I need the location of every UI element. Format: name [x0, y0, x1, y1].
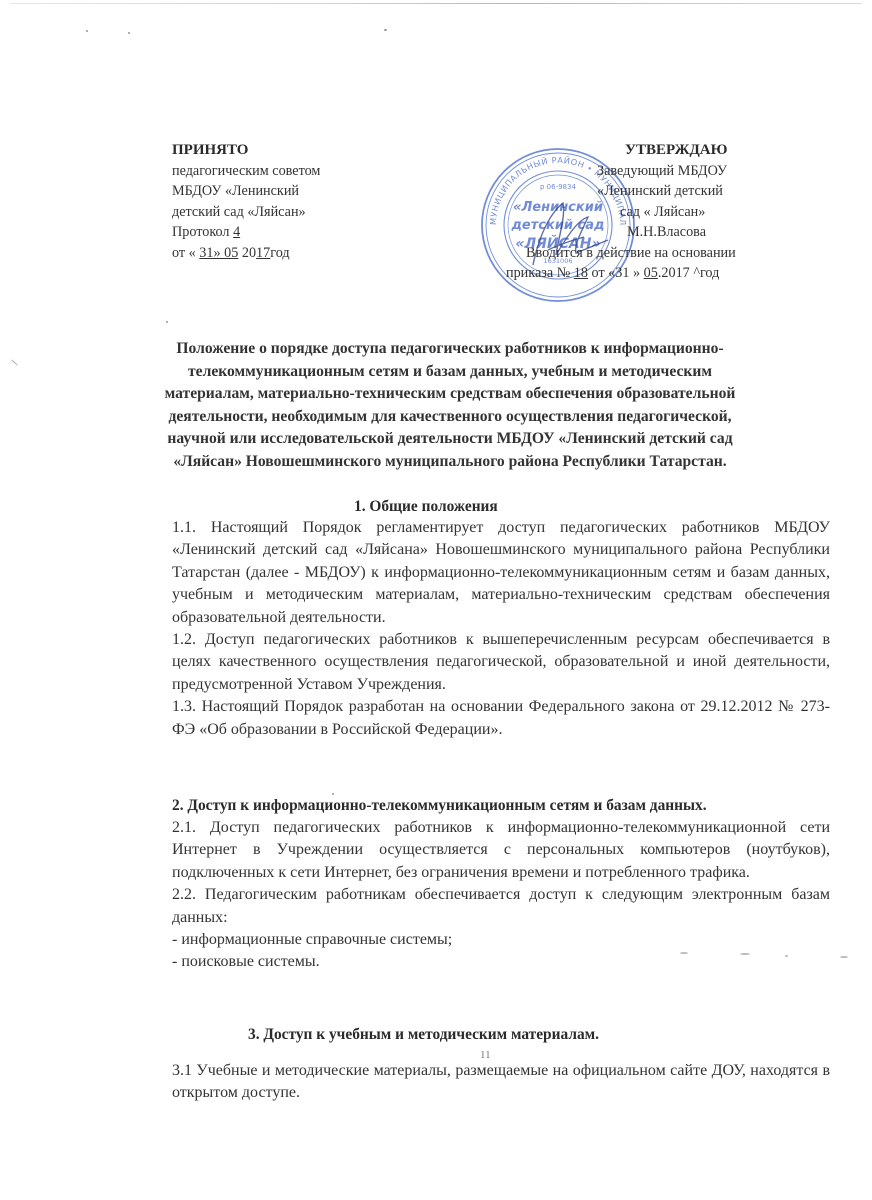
confirm-line: Заведующий МБДОУ	[520, 161, 820, 182]
date-year-end: 17	[256, 245, 270, 261]
protocol-number: 4	[233, 224, 240, 240]
scan-speck	[128, 32, 130, 34]
title-line: материалам, материально-техническим сред…	[150, 383, 750, 406]
scan-speck	[840, 956, 848, 958]
date-day-month: 31» 05	[199, 245, 238, 261]
paragraph-1-2: 1.2. Доступ педагогических работников к …	[172, 629, 830, 696]
date-suffix: год	[270, 245, 289, 261]
approved-date-line: от « 31» 05 2017год	[172, 243, 432, 264]
title-line: деятельности, необходимым для качественн…	[150, 406, 750, 429]
section-3-body: 3.1 Учебные и методические материалы, ра…	[172, 1060, 830, 1105]
order-line: приказа № 18 от «31 » 05.2017 ^год	[506, 263, 820, 284]
paragraph-1-3: 1.3. Настоящий Порядок разработан на осн…	[172, 696, 830, 741]
approved-line: педагогическим советом	[172, 161, 432, 182]
order-month: 05	[644, 265, 658, 281]
scan-speck	[384, 29, 387, 31]
approved-line: детский сад «Ляйсан»	[172, 202, 432, 223]
confirm-block: УТВЕРЖДАЮ Заведующий МБДОУ «Ленинский де…	[520, 140, 820, 284]
confirm-line: «Ленинский детский	[520, 181, 820, 202]
paragraph-2-2: 2.2. Педагогическим работникам обеспечив…	[172, 884, 830, 929]
date-year-start: 20	[238, 245, 256, 261]
section-1-body: 1.1. Настоящий Порядок регламентирует до…	[172, 517, 830, 741]
section-2-heading: 2. Доступ к информационно-телекоммуникац…	[172, 797, 707, 815]
list-item: - поисковые системы.	[172, 951, 830, 973]
scan-speck	[86, 30, 88, 32]
title-line: научной или исследовательской деятельнос…	[150, 428, 750, 451]
title-line: Положение о порядке доступа педагогическ…	[150, 338, 750, 361]
protocol-line: Протокол 4	[172, 222, 432, 243]
confirm-heading: УТВЕРЖДАЮ	[520, 140, 820, 161]
order-number: 18	[574, 265, 588, 281]
approved-heading: ПРИНЯТО	[172, 140, 432, 161]
section-3-heading: 3. Доступ к учебным и методическим матер…	[248, 1026, 599, 1044]
signatory-name: М.Н.Власова	[520, 222, 820, 243]
section-2-body: 2.1. Доступ педагогических работников к …	[172, 817, 830, 974]
scan-speck	[11, 359, 19, 366]
scan-speck	[166, 321, 168, 323]
title-line: «Ляйсан» Новошешминского муниципального …	[150, 451, 750, 474]
scan-edge-line	[10, 3, 862, 4]
order-prefix: приказа №	[506, 265, 574, 281]
list-item: - информационные справочные системы;	[172, 929, 830, 951]
approved-line: МБДОУ «Ленинский	[172, 181, 432, 202]
document-title: Положение о порядке доступа педагогическ…	[150, 338, 750, 474]
title-line: телекоммуникационным сетям и базам данны…	[150, 361, 750, 384]
date-prefix: от «	[172, 245, 199, 261]
confirm-line: сад « Ляйсан»	[520, 202, 820, 223]
protocol-label: Протокол	[172, 224, 233, 240]
approved-block: ПРИНЯТО педагогическим советом МБДОУ «Ле…	[172, 140, 432, 263]
section-1-heading: 1. Общие положения	[354, 498, 498, 516]
paragraph-2-1: 2.1. Доступ педагогических работников к …	[172, 817, 830, 884]
paragraph-3-1: 3.1 Учебные и методические материалы, ра…	[172, 1060, 830, 1105]
enactment-line: Вводится в действие на основании	[520, 243, 820, 264]
order-year: .2017 ^год	[658, 265, 720, 281]
order-date-start: от «31 »	[588, 265, 644, 281]
scan-speck	[332, 793, 334, 795]
paragraph-1-1: 1.1. Настоящий Порядок регламентирует до…	[172, 517, 830, 629]
